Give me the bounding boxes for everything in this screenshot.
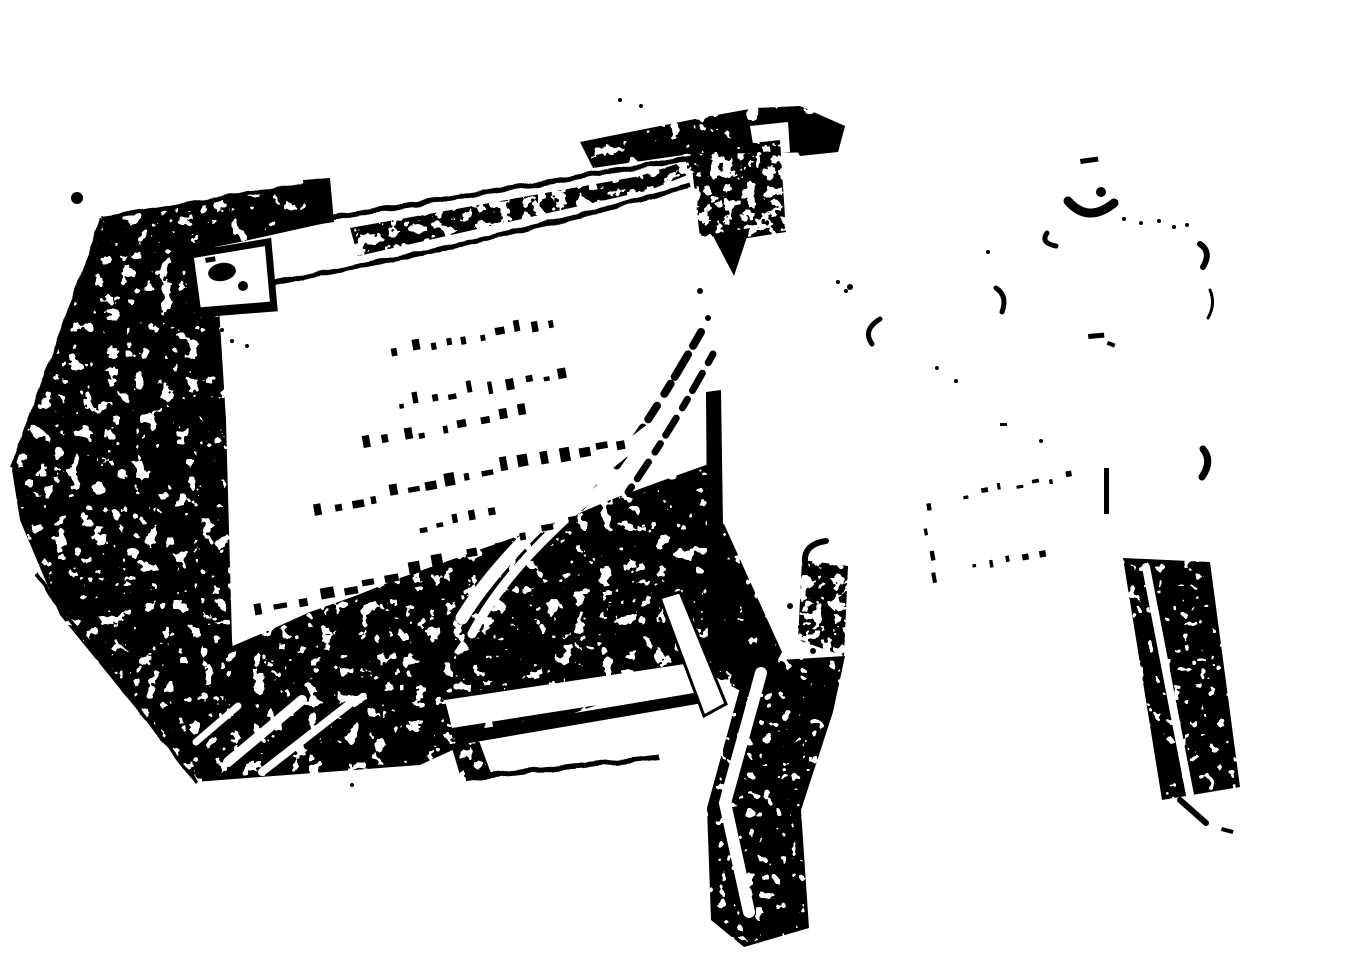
speck-dot bbox=[836, 280, 840, 284]
speck-dot bbox=[245, 344, 249, 348]
illegible-mark bbox=[640, 492, 651, 503]
illegible-mark bbox=[399, 403, 404, 408]
speck-dot bbox=[954, 379, 958, 383]
speck-dot bbox=[844, 289, 848, 293]
speck-dot bbox=[1172, 225, 1176, 229]
hinge-block bbox=[690, 140, 786, 240]
illegible-mark bbox=[335, 504, 343, 512]
speck-dot bbox=[1139, 221, 1143, 225]
illegible-mark bbox=[616, 440, 626, 450]
speck-dot bbox=[1185, 223, 1189, 227]
speck-dot bbox=[705, 315, 711, 321]
illegible-mark bbox=[557, 367, 567, 379]
illegible-mark bbox=[1022, 553, 1029, 560]
speck-dot bbox=[787, 603, 793, 609]
latch-plate-bottom-edge bbox=[198, 306, 272, 312]
illegible-mark bbox=[258, 636, 273, 649]
speck-dot bbox=[847, 284, 853, 290]
photo-canvas bbox=[0, 0, 1366, 957]
speck-dot bbox=[1157, 219, 1161, 223]
speck-dot bbox=[798, 624, 804, 630]
illegible-mark bbox=[408, 561, 421, 575]
speck-dot bbox=[794, 659, 798, 663]
speck-dash bbox=[1000, 423, 1007, 426]
speck-dot bbox=[220, 328, 224, 332]
illegible-mark bbox=[320, 586, 335, 599]
illegible-mark bbox=[430, 553, 443, 566]
speck-dot bbox=[986, 250, 990, 254]
illegible-mark bbox=[1065, 471, 1072, 478]
illegible-mark bbox=[516, 453, 528, 467]
speck-dot bbox=[618, 98, 622, 102]
illegible-mark bbox=[488, 507, 496, 516]
latch-rivet-blob bbox=[238, 281, 248, 291]
speck-dot bbox=[697, 288, 703, 294]
illegible-mark bbox=[432, 394, 439, 402]
illegible-mark bbox=[466, 547, 477, 557]
illegible-mark bbox=[519, 532, 526, 540]
speck-dot bbox=[71, 192, 83, 204]
illegible-mark bbox=[298, 598, 308, 607]
illegible-mark bbox=[280, 638, 287, 645]
speck-dot bbox=[230, 339, 234, 343]
speck-dot bbox=[350, 783, 354, 787]
illegible-mark bbox=[579, 447, 592, 458]
illegible-mark bbox=[525, 375, 533, 382]
speck-vertical-dash bbox=[1104, 468, 1109, 514]
latch-plate bbox=[190, 242, 274, 314]
illegible-mark bbox=[456, 419, 466, 428]
speck-dot bbox=[810, 648, 816, 654]
illegible-mark bbox=[418, 432, 425, 439]
speck-dot bbox=[1039, 439, 1043, 443]
speck-dot bbox=[1096, 187, 1106, 197]
speck-dot bbox=[1122, 217, 1126, 221]
speck-dot bbox=[639, 104, 643, 108]
lid-band-end-cap bbox=[303, 178, 334, 226]
speck-dot bbox=[935, 366, 939, 370]
illegible-mark bbox=[972, 564, 976, 568]
speck-dot bbox=[824, 639, 828, 643]
illegible-mark bbox=[591, 508, 599, 517]
illegible-mark bbox=[1039, 550, 1046, 557]
photocopied-photograph: Degraded halftone photocopy of an equipm… bbox=[0, 0, 1366, 957]
